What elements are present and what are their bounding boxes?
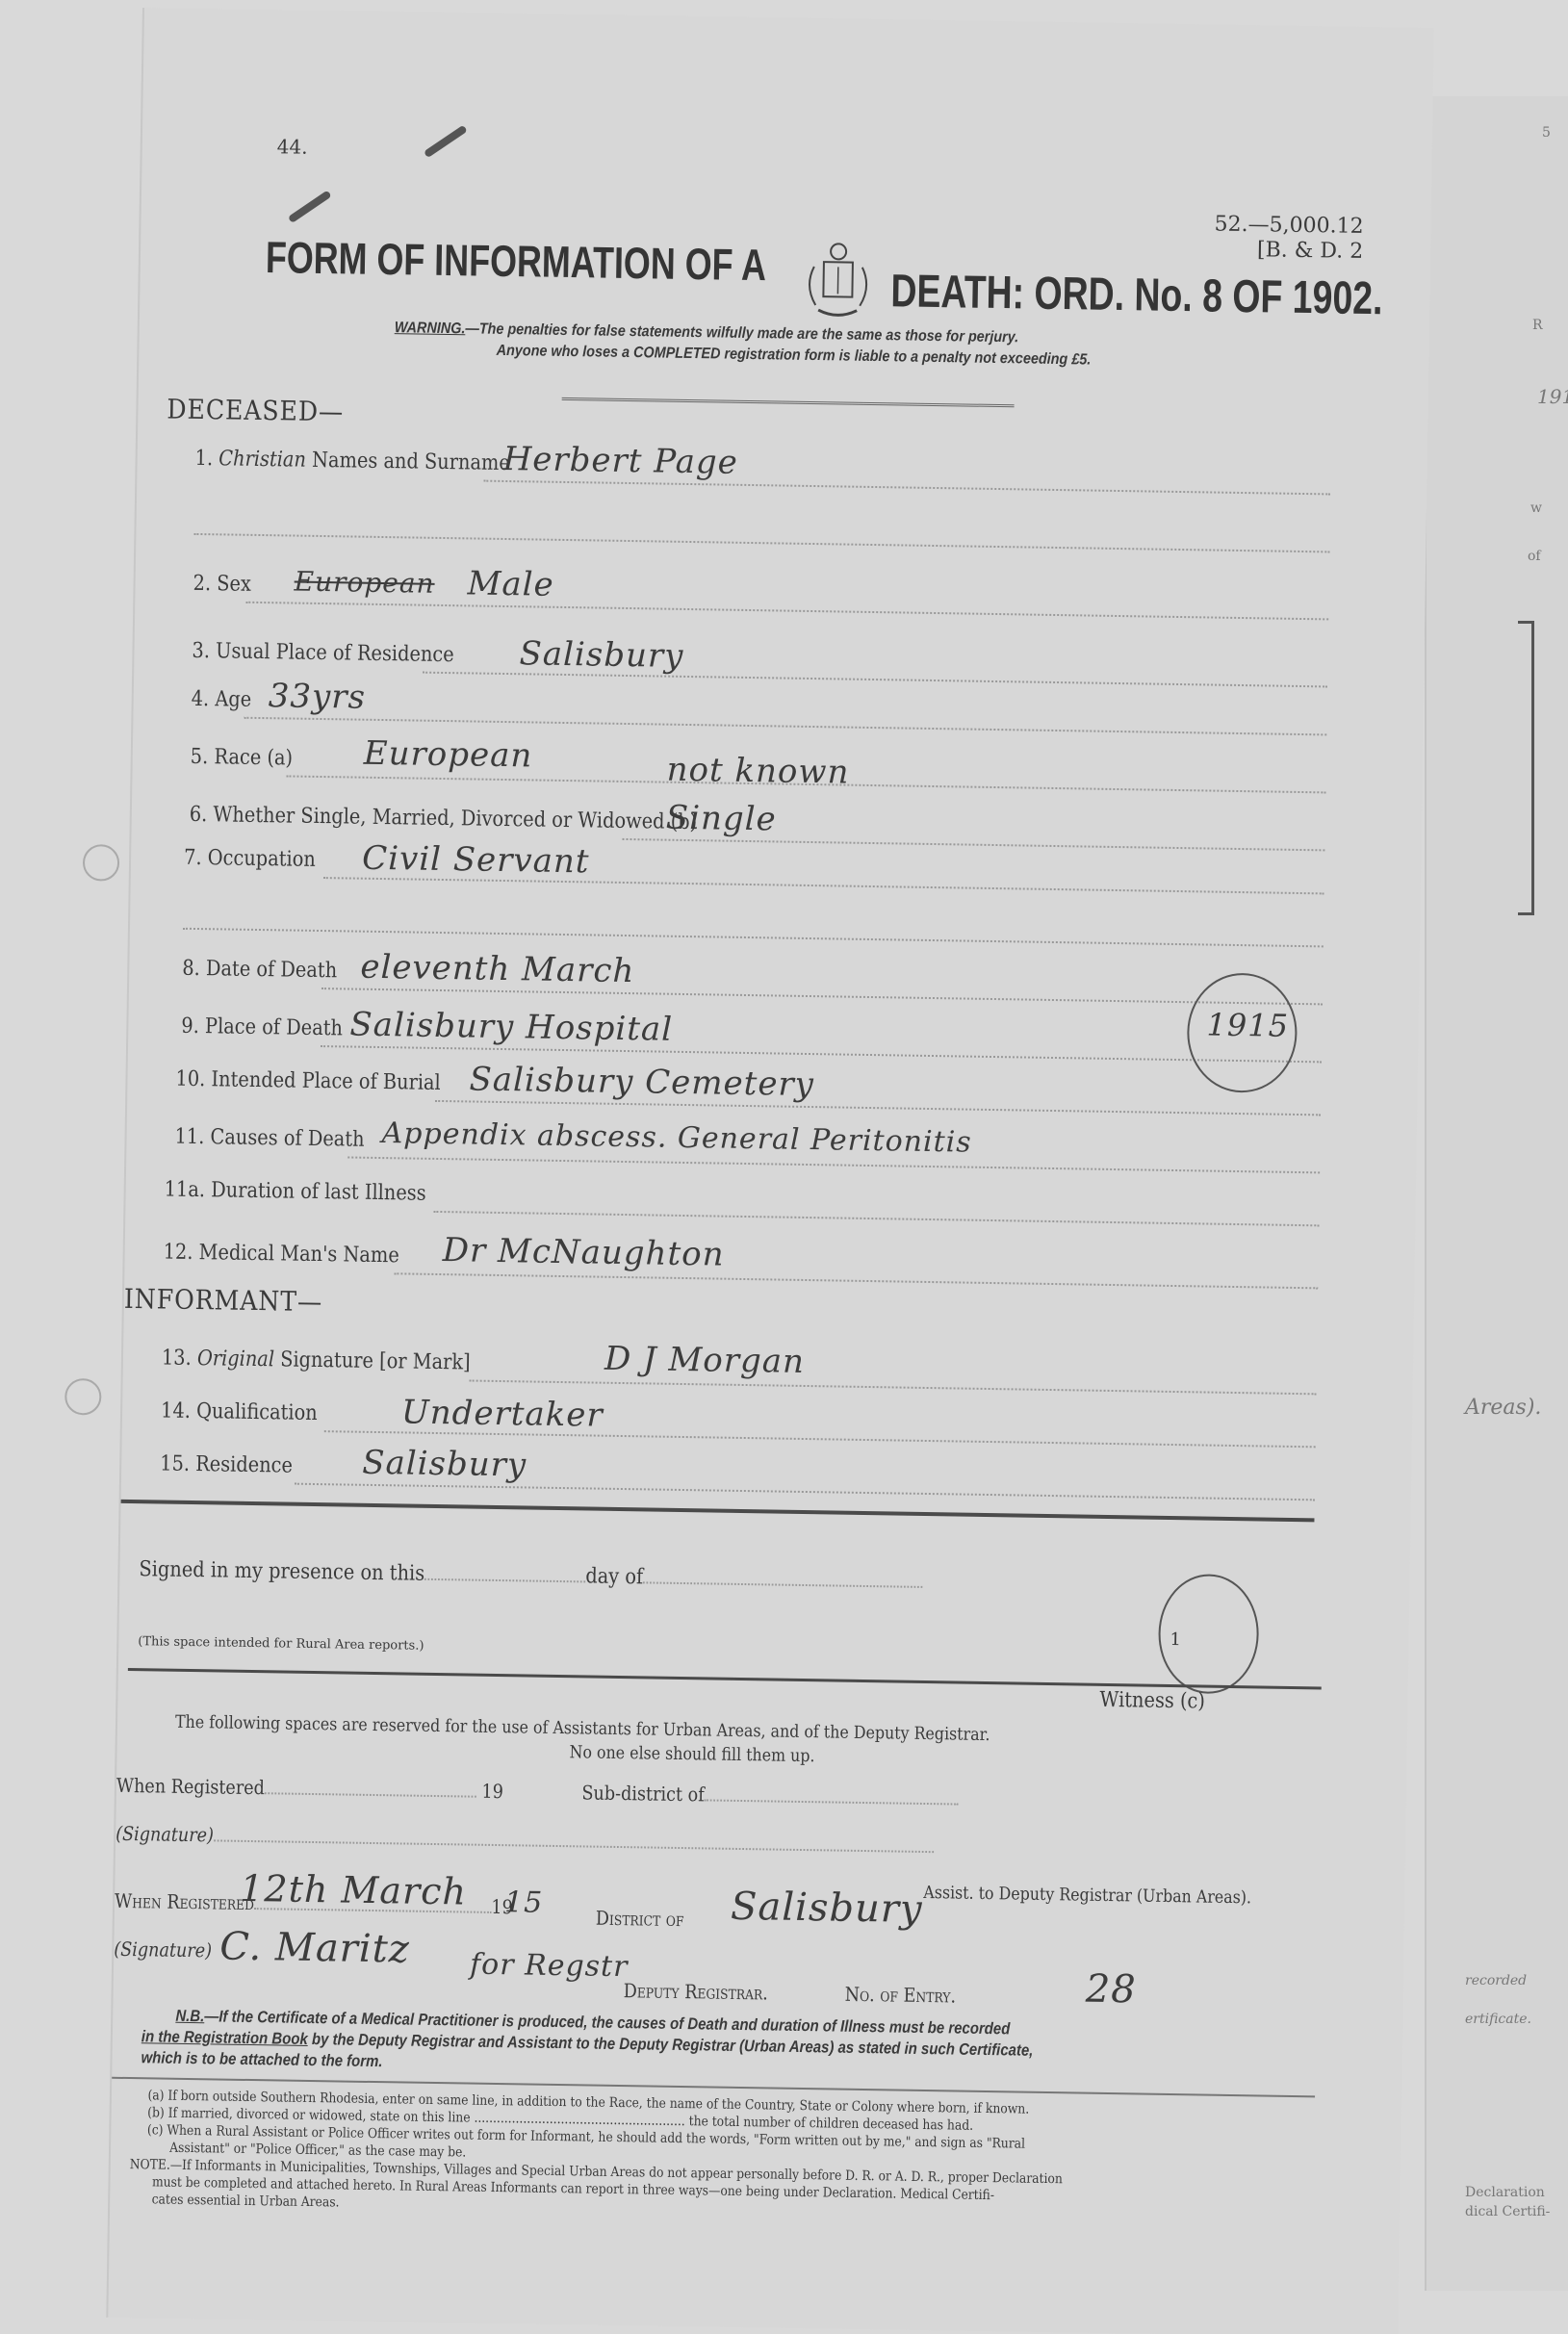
field-race: 5. Race (a) European not known [132,744,1345,802]
entry-number-label: No. of Entry. [844,1983,956,2008]
informant-signature-value[interactable]: D J Morgan [604,1340,806,1381]
year-of-death-value: 1915 [1206,1006,1289,1043]
warning-text: WARNING.—The penalties for false stateme… [394,318,1092,371]
punch-hole [83,844,120,882]
field-burial-place: 10. Intended Place of Burial Salisbury C… [127,1066,1340,1124]
divider [128,1668,1322,1689]
field-causes-of-death: 11. Causes of Death Appendix abscess. Ge… [126,1124,1339,1182]
entry-number-value[interactable]: 28 [1085,1967,1137,2013]
bracket [1518,621,1534,915]
medical-man-value[interactable]: Dr McNaughton [442,1231,724,1274]
witness-label: Witness (c) [1099,1688,1205,1714]
form-title-left: FORM OF INFORMATION OF A [266,231,767,291]
race-birthplace-value[interactable]: not known [666,751,849,792]
back-fragment: recorded [1465,1973,1527,1988]
back-fragment: ertificate. [1465,2012,1531,2027]
field-informant-signature: 13. Original Signature [or Mark] D J Mor… [123,1346,1336,1403]
death-information-form: 44. 52.—5,000.12 [B. & D. 2 FORM OF INFO… [106,8,1434,2334]
name-value[interactable]: Herbert Page [502,440,738,482]
field-illness-duration: 11a. Duration of last Illness [125,1177,1338,1235]
back-fragment: Areas). [1465,1396,1541,1420]
underlying-sheet: 5 R 1915 w of Areas). recorded ertificat… [1425,96,1568,2291]
print-code: 52.—5,000.12 [B. & D. 2 [1214,213,1364,265]
back-fragment: 1915 [1537,385,1568,408]
page-number: 44. [277,135,308,158]
marital-status-value[interactable]: Single [666,799,777,839]
assist-deputy-registrar-label: Assist. to Deputy Registrar (Urban Areas… [923,1883,1251,1908]
urban-when-registered: When Registered 19 Sub-district of [116,1774,959,1810]
reserved-spaces-note-2: No one else should fill them up. [569,1742,814,1766]
district-label: District of [596,1907,684,1931]
field-informant-residence: 15. Residence Salisbury [121,1451,1334,1509]
urban-signature: (Signature) [116,1822,934,1858]
registrar-signature-label: (Signature) [114,1937,212,1962]
informant-heading: INFORMANT— [124,1283,323,1318]
field-sex: 2. Sex European Male [135,571,1348,628]
age-value[interactable]: 33yrs [268,677,366,717]
footnotes: (a) If born outside Southern Rhodesia, e… [129,2087,1064,2222]
place-of-death-value[interactable]: Salisbury Hospital [349,1006,673,1049]
signed-in-presence-label: Signed in my presence on thisday of [139,1557,922,1594]
field-date-of-death: 8. Date of Death eleventh March [129,956,1342,1013]
form-title-right: DEATH: ORD. No. 8 OF 1902. [890,265,1383,325]
back-fragment: R [1532,318,1543,333]
occupation-value[interactable]: Civil Servant [362,839,590,882]
burial-place-value[interactable]: Salisbury Cemetery [469,1060,814,1104]
causes-of-death-value[interactable]: Appendix abscess. General Peritonitis [381,1116,972,1160]
registration-year-value[interactable]: 15 [504,1885,544,1920]
qualification-value[interactable]: Undertaker [401,1393,604,1434]
informant-residence-value[interactable]: Salisbury [362,1444,527,1485]
rural-area-note: (This space intended for Rural Area repo… [138,1634,424,1654]
sex-struck-value: European [294,566,434,600]
deceased-heading: DECEASED— [167,393,344,427]
race-value[interactable]: European [364,734,533,776]
back-fragment: of [1528,549,1541,564]
punch-hole [64,1378,102,1416]
field-age: 4. Age 33yrs [133,686,1346,744]
pen-mark [288,190,332,223]
residence-value[interactable]: Salisbury [519,634,683,676]
pen-mark [424,125,468,159]
nb-note: N.B.—If the Certificate of a Medical Pra… [141,2005,1034,2083]
field-name: 1. Christian Names and Surname Herbert P… [137,446,1350,503]
field-place-of-death: 9. Place of Death Salisbury Hospital [128,1013,1341,1071]
back-fragment: dical Certifi- [1465,2204,1550,2219]
coat-of-arms-icon [794,238,882,325]
sex-value[interactable]: Male [467,564,554,603]
back-fragment: w [1530,500,1542,516]
registration-date-value[interactable]: 12th March [240,1867,467,1913]
witness-circle-value: 1 [1170,1629,1181,1650]
reserved-spaces-note: The following spaces are reserved for th… [175,1712,990,1745]
back-fragment: Declaration [1465,2185,1545,2200]
date-of-death-value[interactable]: eleventh March [360,948,635,990]
for-registrar-value: for Regstr [470,1948,629,1985]
back-fragment: 5 [1542,125,1551,141]
deputy-registrar-label: Deputy Registrar. [624,1979,769,2004]
divider [562,398,1015,407]
district-value[interactable]: Salisbury [731,1885,923,1932]
registrar-signature-value[interactable]: C. Maritz [219,1925,410,1972]
field-qualification: 14. Qualification Undertaker [122,1398,1335,1456]
